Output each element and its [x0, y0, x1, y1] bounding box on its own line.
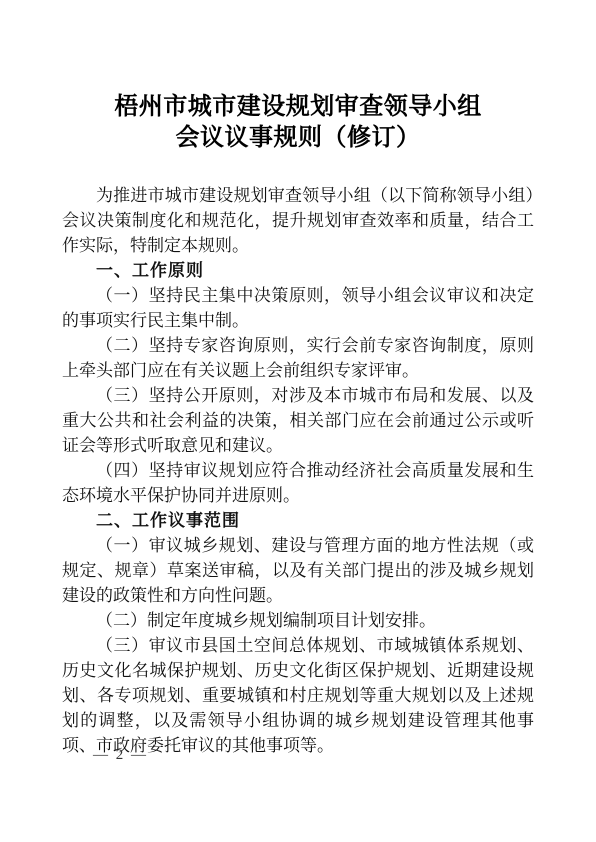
paragraph-principle-1: （一）坚持民主集中决策原则，领导小组会议审议和决定的事项实行民主集中制。 — [62, 283, 534, 333]
document-page: 梧州市城市建设规划审查领导小组 会议议事规则（修订） 为推进市城市建设规划审查领… — [0, 0, 596, 842]
document-title-line1: 梧州市城市建设规划审查领导小组 — [0, 92, 596, 123]
paragraph-principle-4: （四）坚持审议规划应符合推动经济社会高质量发展和生态环境水平保护协同并进原则。 — [62, 458, 534, 508]
section-heading-2: 二、工作议事范围 — [62, 508, 534, 533]
section-heading-1: 一、工作原则 — [62, 258, 534, 283]
document-body: 为推进市城市建设规划审查领导小组（以下简称领导小组）会议决策制度化和规范化，提升… — [62, 183, 534, 758]
paragraph-principle-2: （二）坚持专家咨询原则，实行会前专家咨询制度，原则上牵头部门应在有关议题上会前组… — [62, 333, 534, 383]
paragraph-scope-3: （三）审议市县国土空间总体规划、市域城镇体系规划、历史文化名城保护规划、历史文化… — [62, 633, 534, 758]
paragraph-principle-3: （三）坚持公开原则，对涉及本市城市布局和发展、以及重大公共和社会利益的决策，相关… — [62, 383, 534, 458]
document-title-line2: 会议议事规则（修订） — [0, 123, 596, 154]
paragraph-scope-1: （一）审议城乡规划、建设与管理方面的地方性法规（或规定、规章）草案送审稿，以及有… — [62, 533, 534, 608]
paragraph-intro: 为推进市城市建设规划审查领导小组（以下简称领导小组）会议决策制度化和规范化，提升… — [62, 183, 534, 258]
paragraph-scope-2: （二）制定年度城乡规划编制项目计划安排。 — [62, 608, 534, 633]
document-title: 梧州市城市建设规划审查领导小组 会议议事规则（修订） — [0, 92, 596, 154]
page-number: — 2 — — [93, 747, 148, 764]
